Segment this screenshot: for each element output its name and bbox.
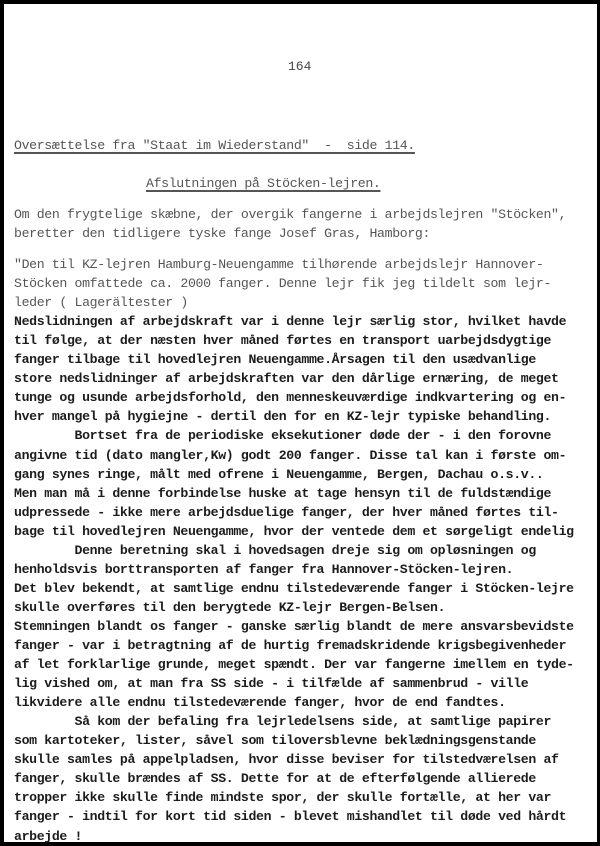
body-line: fanger, skulle brændes af SS. Dette for … [14,769,536,788]
document-subheading: Afslutningen på Stöcken-lejren. [146,174,380,193]
body-line: til følge, at der næsten hver måned ført… [14,331,551,350]
body-line: store nedslidninger af arbejdskraften va… [14,369,559,388]
body-line: angivne tid (dato mangler,Kw) godt 200 f… [14,446,566,465]
body-line: Bortset fra de periodiske eksekutioner d… [14,426,551,445]
page-number: 164 [288,59,311,74]
body-line: fanger - var i betragtning af de hurtig … [14,636,566,655]
body-line: Denne beretning skal i hovedsagen dreje … [14,541,536,560]
body-line: af let forklarlige grunde, meget spændt.… [14,655,574,674]
body-line: som kartoteker, lister, såvel som tilove… [14,731,536,750]
body-line: lig vished om, at man fra SS side - i ti… [14,674,528,693]
body-line: skulle overføres til den berygtede KZ-le… [14,598,445,617]
body-line: fanger tilbage til hovedlejren Neuengamm… [14,350,536,369]
body-line: arbejde ! [14,827,82,846]
body-line: leder ( Lagerältester ) [14,293,188,312]
document-heading: Oversættelse fra "Staat im Wiederstand" … [14,136,415,155]
body-line: henholdsvis borttransporten af fanger fr… [14,560,513,579]
body-line: Det blev bekendt, at samtlige endnu tils… [14,579,574,598]
body-line: Så kom der befaling fra lejrledelsens si… [14,712,551,731]
body-line: fanger - indtil for kort tid siden - ble… [14,807,566,826]
body-line: Men man må i denne forbindelse huske at … [14,484,551,503]
intro-line: Om den frygtelige skæbne, der overgik fa… [14,205,566,224]
body-line: Stöcken omfattede ca. 2000 fanger. Denne… [14,274,551,293]
body-line: tropper ikke skulle finde mindste spor, … [14,788,551,807]
body-line: tunge og usunde arbejdsforhold, den menn… [14,388,566,407]
body-line: skulle samles på appelpladsen, hvor diss… [14,750,559,769]
body-line: Stemningen blandt os fanger - ganske sær… [14,617,574,636]
intro-line: beretter den tidligere tyske fange Josef… [14,224,430,243]
body-line: bage til hovedlejren Neuengamme, hvor de… [14,522,574,541]
document-page: 164 Oversættelse fra "Staat im Wiedersta… [0,0,600,846]
body-line: Nedslidningen af arbejdskraft var i denn… [14,312,566,331]
body-line: hver mangel på hygiejne - dertil den for… [14,407,551,426]
body-line: gang synes ringe, målt med ofrene i Neue… [14,465,543,484]
body-line: likvidere alle endnu tilstedeværende fan… [14,693,506,712]
body-line: udpressede - ikke mere arbejdsduelige fa… [14,503,559,522]
body-line: "Den til KZ-lejren Hamburg-Neuengamme ti… [14,255,543,274]
